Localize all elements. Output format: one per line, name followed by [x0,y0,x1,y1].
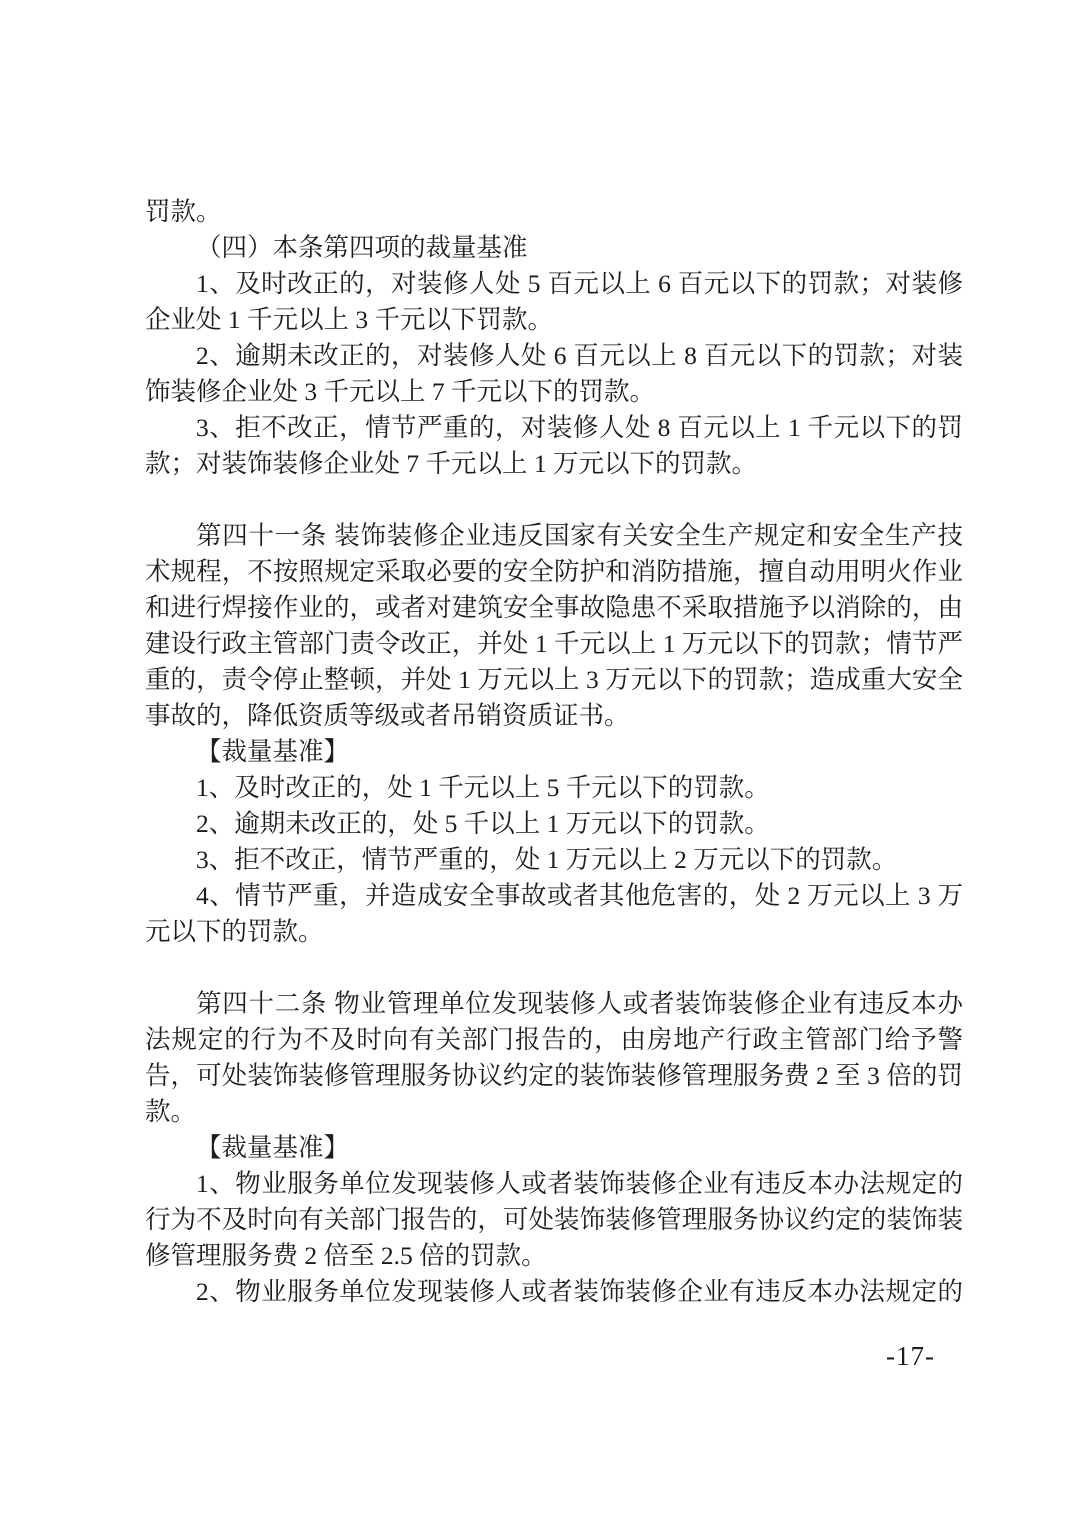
text-line: 企业处 1 千元以上 3 千元以下罚款。 [145,302,963,338]
text-line: 3、拒不改正，情节严重的，对装修人处 8 百元以上 1 千元以下的罚 [145,410,963,446]
text-line: 告，可处装饰装修管理服务协议约定的装饰装修管理服务费 2 至 3 倍的罚 [145,1058,963,1094]
text-line: 1、及时改正的，处 1 千元以上 5 千元以下的罚款。 [145,770,963,806]
text-line: 【裁量基准】 [145,1130,963,1166]
text-line: 术规程，不按照规定采取必要的安全防护和消防措施，擅自动用明火作业 [145,554,963,590]
document-body: 罚款。（四）本条第四项的裁量基准1、及时改正的，对装修人处 5 百元以上 6 百… [145,194,963,1310]
text-line: 1、物业服务单位发现装修人或者装饰装修企业有违反本办法规定的 [145,1166,963,1202]
text-line: 法规定的行为不及时向有关部门报告的，由房地产行政主管部门给予警 [145,1022,963,1058]
text-line: 修管理服务费 2 倍至 2.5 倍的罚款。 [145,1238,963,1274]
text-line: 2、物业服务单位发现装修人或者装饰装修企业有违反本办法规定的 [145,1274,963,1310]
text-line: 2、逾期未改正的，处 5 千以上 1 万元以下的罚款。 [145,806,963,842]
text-line: （四）本条第四项的裁量基准 [145,230,963,266]
text-line: 事故的，降低资质等级或者吊销资质证书。 [145,698,963,734]
text-line: 饰装修企业处 3 千元以上 7 千元以下的罚款。 [145,374,963,410]
text-line: 2、逾期未改正的，对装修人处 6 百元以上 8 百元以下的罚款；对装 [145,338,963,374]
text-line: 款。 [145,1094,963,1130]
text-line: 第四十二条 物业管理单位发现装修人或者装饰装修企业有违反本办 [145,986,963,1022]
text-line: 3、拒不改正，情节严重的，处 1 万元以上 2 万元以下的罚款。 [145,842,963,878]
text-line: 1、及时改正的，对装修人处 5 百元以上 6 百元以下的罚款；对装修 [145,266,963,302]
text-line: 重的，责令停止整顿，并处 1 万元以上 3 万元以下的罚款；造成重大安全 [145,662,963,698]
text-line: 第四十一条 装饰装修企业违反国家有关安全生产规定和安全生产技 [145,518,963,554]
text-line: 行为不及时向有关部门报告的，可处装饰装修管理服务协议约定的装饰装 [145,1202,963,1238]
text-line: 和进行焊接作业的，或者对建筑安全事故隐患不采取措施予以消除的，由 [145,590,963,626]
document-page: 罚款。（四）本条第四项的裁量基准1、及时改正的，对装修人处 5 百元以上 6 百… [0,0,1075,1520]
text-line: 【裁量基准】 [145,734,963,770]
text-line: 建设行政主管部门责令改正，并处 1 千元以上 1 万元以下的罚款；情节严 [145,626,963,662]
text-line: 罚款。 [145,194,963,230]
text-line: 元以下的罚款。 [145,914,963,950]
text-line: 4、情节严重，并造成安全事故或者其他危害的，处 2 万元以上 3 万 [145,878,963,914]
text-line: 款；对装饰装修企业处 7 千元以上 1 万元以下的罚款。 [145,446,963,482]
page-number: -17- [886,1338,935,1374]
